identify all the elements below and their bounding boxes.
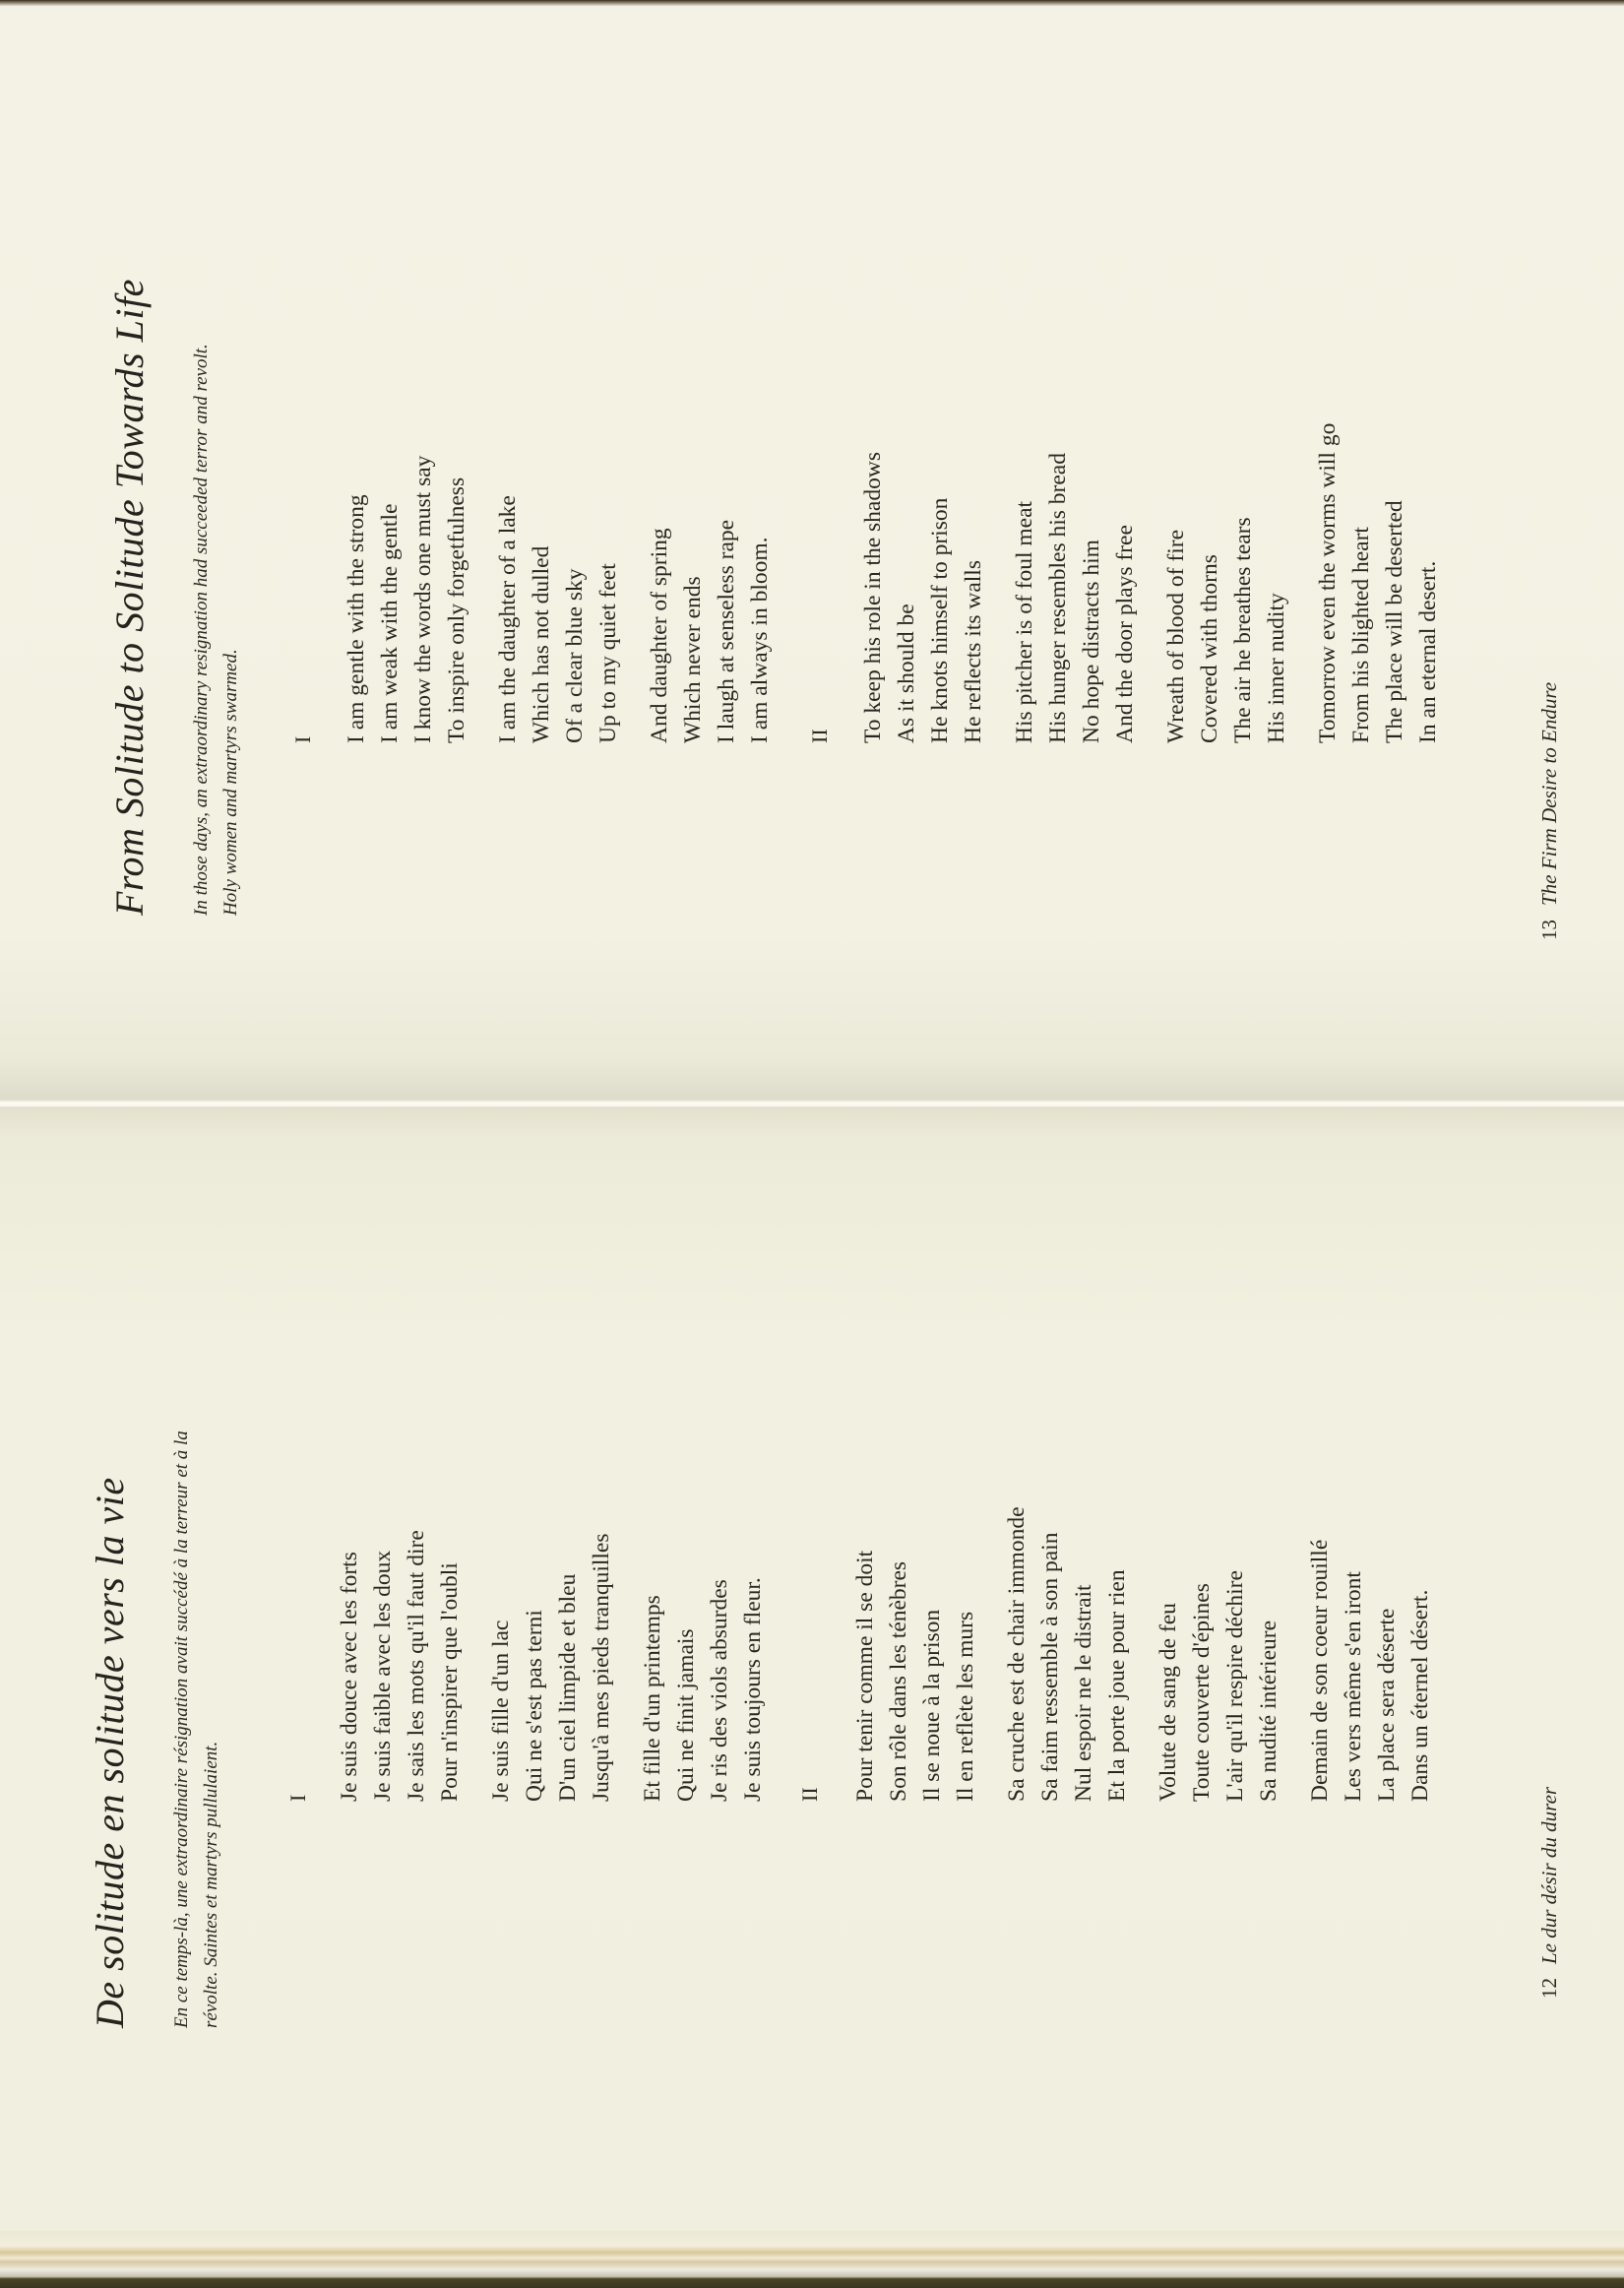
left-page-french: De solitude en solitude vers la vie En c…: [0, 1103, 1624, 2288]
page-edge: [0, 0, 1624, 6]
stanza: I am the daughter of a lake Which has no…: [491, 495, 625, 743]
verse-line: Up to my quiet feet: [592, 495, 625, 743]
verse-line: His inner nudity: [1260, 517, 1293, 743]
stanza: Volute de sang de feu Toute couverte d'é…: [1152, 1570, 1285, 1802]
stanza: Sa cruche est de chair immonde Sa faim r…: [1000, 1506, 1134, 1802]
verse-line: Pour n'inspirer que l'oubli: [433, 1530, 467, 1802]
verse-line: He reflects its walls: [957, 452, 990, 743]
verse-line: The air he breathes tears: [1226, 517, 1260, 743]
intro-line: En ce temps-là, une extraordinaire résig…: [167, 1430, 197, 2028]
verse-line: Je suis faible avec les doux: [366, 1530, 400, 1802]
running-title: Le dur désir du durer: [1537, 1787, 1561, 1964]
verse-line: In an eternal desert.: [1411, 423, 1445, 743]
verse-line: Il se noue à la prison: [915, 1551, 949, 1802]
verse-line: I am weak with the gentle: [373, 456, 406, 743]
right-page-english: From Solitude to Solitude Towards Life I…: [0, 0, 1624, 1103]
verse-line: Wreath of blood of fire: [1159, 517, 1193, 743]
verse-line: Qui ne finit jamais: [669, 1577, 703, 1802]
verse-line: Dans un éternel désert.: [1404, 1540, 1437, 1802]
verse-line: I am always in bloom.: [743, 520, 777, 743]
page-number: 12: [1537, 1978, 1561, 1999]
verse-line: And daughter of spring: [643, 520, 676, 743]
stanza: To keep his role in the shadows As it sh…: [856, 452, 990, 743]
verse-line: Je sais les mots qu'il faut dire: [400, 1530, 433, 1802]
verse-line: Il en reflète les murs: [949, 1551, 982, 1802]
intro-french: En ce temps-là, une extraordinaire résig…: [167, 1430, 226, 2028]
verse-line: Et fille d'un printemps: [636, 1577, 669, 1802]
verse-line: No hope distracts him: [1075, 453, 1108, 743]
page-title-french: De solitude en solitude vers la vie: [87, 1477, 133, 2028]
verse-line: Qui ne s'est pas terni: [518, 1534, 551, 1803]
verse-line: I laugh at senseless rape: [710, 520, 743, 743]
verse-line: Of a clear blue sky: [558, 495, 592, 743]
page-number: 13: [1537, 920, 1561, 940]
verse-line: He knots himself to prison: [923, 452, 957, 743]
running-title: The Firm Desire to Endure: [1537, 682, 1561, 906]
stanza: His pitcher is of foul meat His hunger r…: [1008, 453, 1142, 743]
verse-line: La place sera déserte: [1370, 1540, 1404, 1802]
verse-line: Son rôle dans les ténèbres: [882, 1551, 915, 1802]
page-fold: [0, 1099, 1624, 1107]
stanza: And daughter of spring Which never ends …: [643, 520, 777, 743]
verse-line: Nul espoir ne le distrait: [1067, 1506, 1100, 1802]
page-footer-left: 12Le dur désir du durer: [1537, 1787, 1562, 1999]
verse-line: The place will be deserted: [1378, 423, 1411, 743]
verse-line: Covered with thorns: [1193, 517, 1226, 743]
verse-line: Je suis fille d'un lac: [484, 1534, 518, 1803]
section-numeral: II: [797, 1787, 823, 1802]
verse-line: To keep his role in the shadows: [856, 452, 890, 743]
verse-line: From his blighted heart: [1344, 423, 1378, 743]
verse-line: D'un ciel limpide et bleu: [551, 1534, 585, 1803]
verse-line: Pour tenir comme il se doit: [848, 1551, 882, 1802]
verse-line: I know the words one must say: [406, 456, 440, 743]
book-edge: [0, 2231, 1624, 2288]
section-numeral: II: [807, 729, 833, 743]
verse-line: Which has not dulled: [525, 495, 558, 743]
stanza: Je suis douce avec les forts Je suis fai…: [333, 1530, 467, 1802]
verse-line: Volute de sang de feu: [1152, 1570, 1185, 1802]
stanza: Et fille d'un printemps Qui ne finit jam…: [636, 1577, 770, 1802]
verse-line: Tomorrow even the worms will go: [1311, 423, 1344, 743]
intro-line: Holy women and martyrs swarmed.: [217, 344, 246, 916]
verse-line: Sa faim ressemble à son pain: [1033, 1506, 1067, 1802]
verse-line: Which never ends: [676, 520, 710, 743]
page-title-english: From Solitude to Solitude Towards Life: [106, 279, 153, 916]
stanza: I am gentle with the strong I am weak wi…: [340, 456, 473, 743]
stanza: Pour tenir comme il se doit Son rôle dan…: [848, 1551, 982, 1802]
verse-line: Je suis toujours en fleur.: [736, 1577, 770, 1802]
verse-line: Sa cruche est de chair immonde: [1000, 1506, 1033, 1802]
section-numeral: I: [285, 1795, 311, 1802]
verse-line: L'air qu'il respire déchire: [1218, 1570, 1252, 1802]
verse-line: Jusqu'à mes pieds tranquilles: [585, 1534, 618, 1803]
intro-english: In those days, an extraordinary resignat…: [187, 344, 246, 916]
stanza: Je suis fille d'un lac Qui ne s'est pas …: [484, 1534, 618, 1803]
intro-line: révolte. Saintes et martyrs pullulaient.: [197, 1430, 226, 2028]
verse-line: And the door plays free: [1108, 453, 1142, 743]
section-numeral: I: [290, 736, 316, 743]
verse-line: His pitcher is of foul meat: [1008, 453, 1041, 743]
verse-line: Les vers même s'en iront: [1337, 1540, 1370, 1802]
verse-line: As it should be: [890, 452, 923, 743]
verse-line: I am the daughter of a lake: [491, 495, 525, 743]
stanza: Demain de son coeur rouillé Les vers mêm…: [1303, 1540, 1437, 1802]
verse-line: Demain de son coeur rouillé: [1303, 1540, 1337, 1802]
verse-line: To inspire only forgetfulness: [440, 456, 473, 743]
page-footer-right: 13The Firm Desire to Endure: [1537, 682, 1562, 940]
verse-line: Sa nudité intérieure: [1252, 1570, 1285, 1802]
verse-line: I am gentle with the strong: [340, 456, 373, 743]
verse-line: Et la porte joue pour rien: [1100, 1506, 1134, 1802]
verse-line: Je ris des viols absurdes: [703, 1577, 736, 1802]
stanza: Tomorrow even the worms will go From his…: [1311, 423, 1445, 743]
verse-line: His hunger resembles his bread: [1041, 453, 1075, 743]
verse-line: Toute couverte d'épines: [1185, 1570, 1218, 1802]
book-spread: De solitude en solitude vers la vie En c…: [0, 0, 1624, 2288]
verse-line: Je suis douce avec les forts: [333, 1530, 366, 1802]
stanza: Wreath of blood of fire Covered with tho…: [1159, 517, 1293, 743]
intro-line: In those days, an extraordinary resignat…: [187, 344, 217, 916]
